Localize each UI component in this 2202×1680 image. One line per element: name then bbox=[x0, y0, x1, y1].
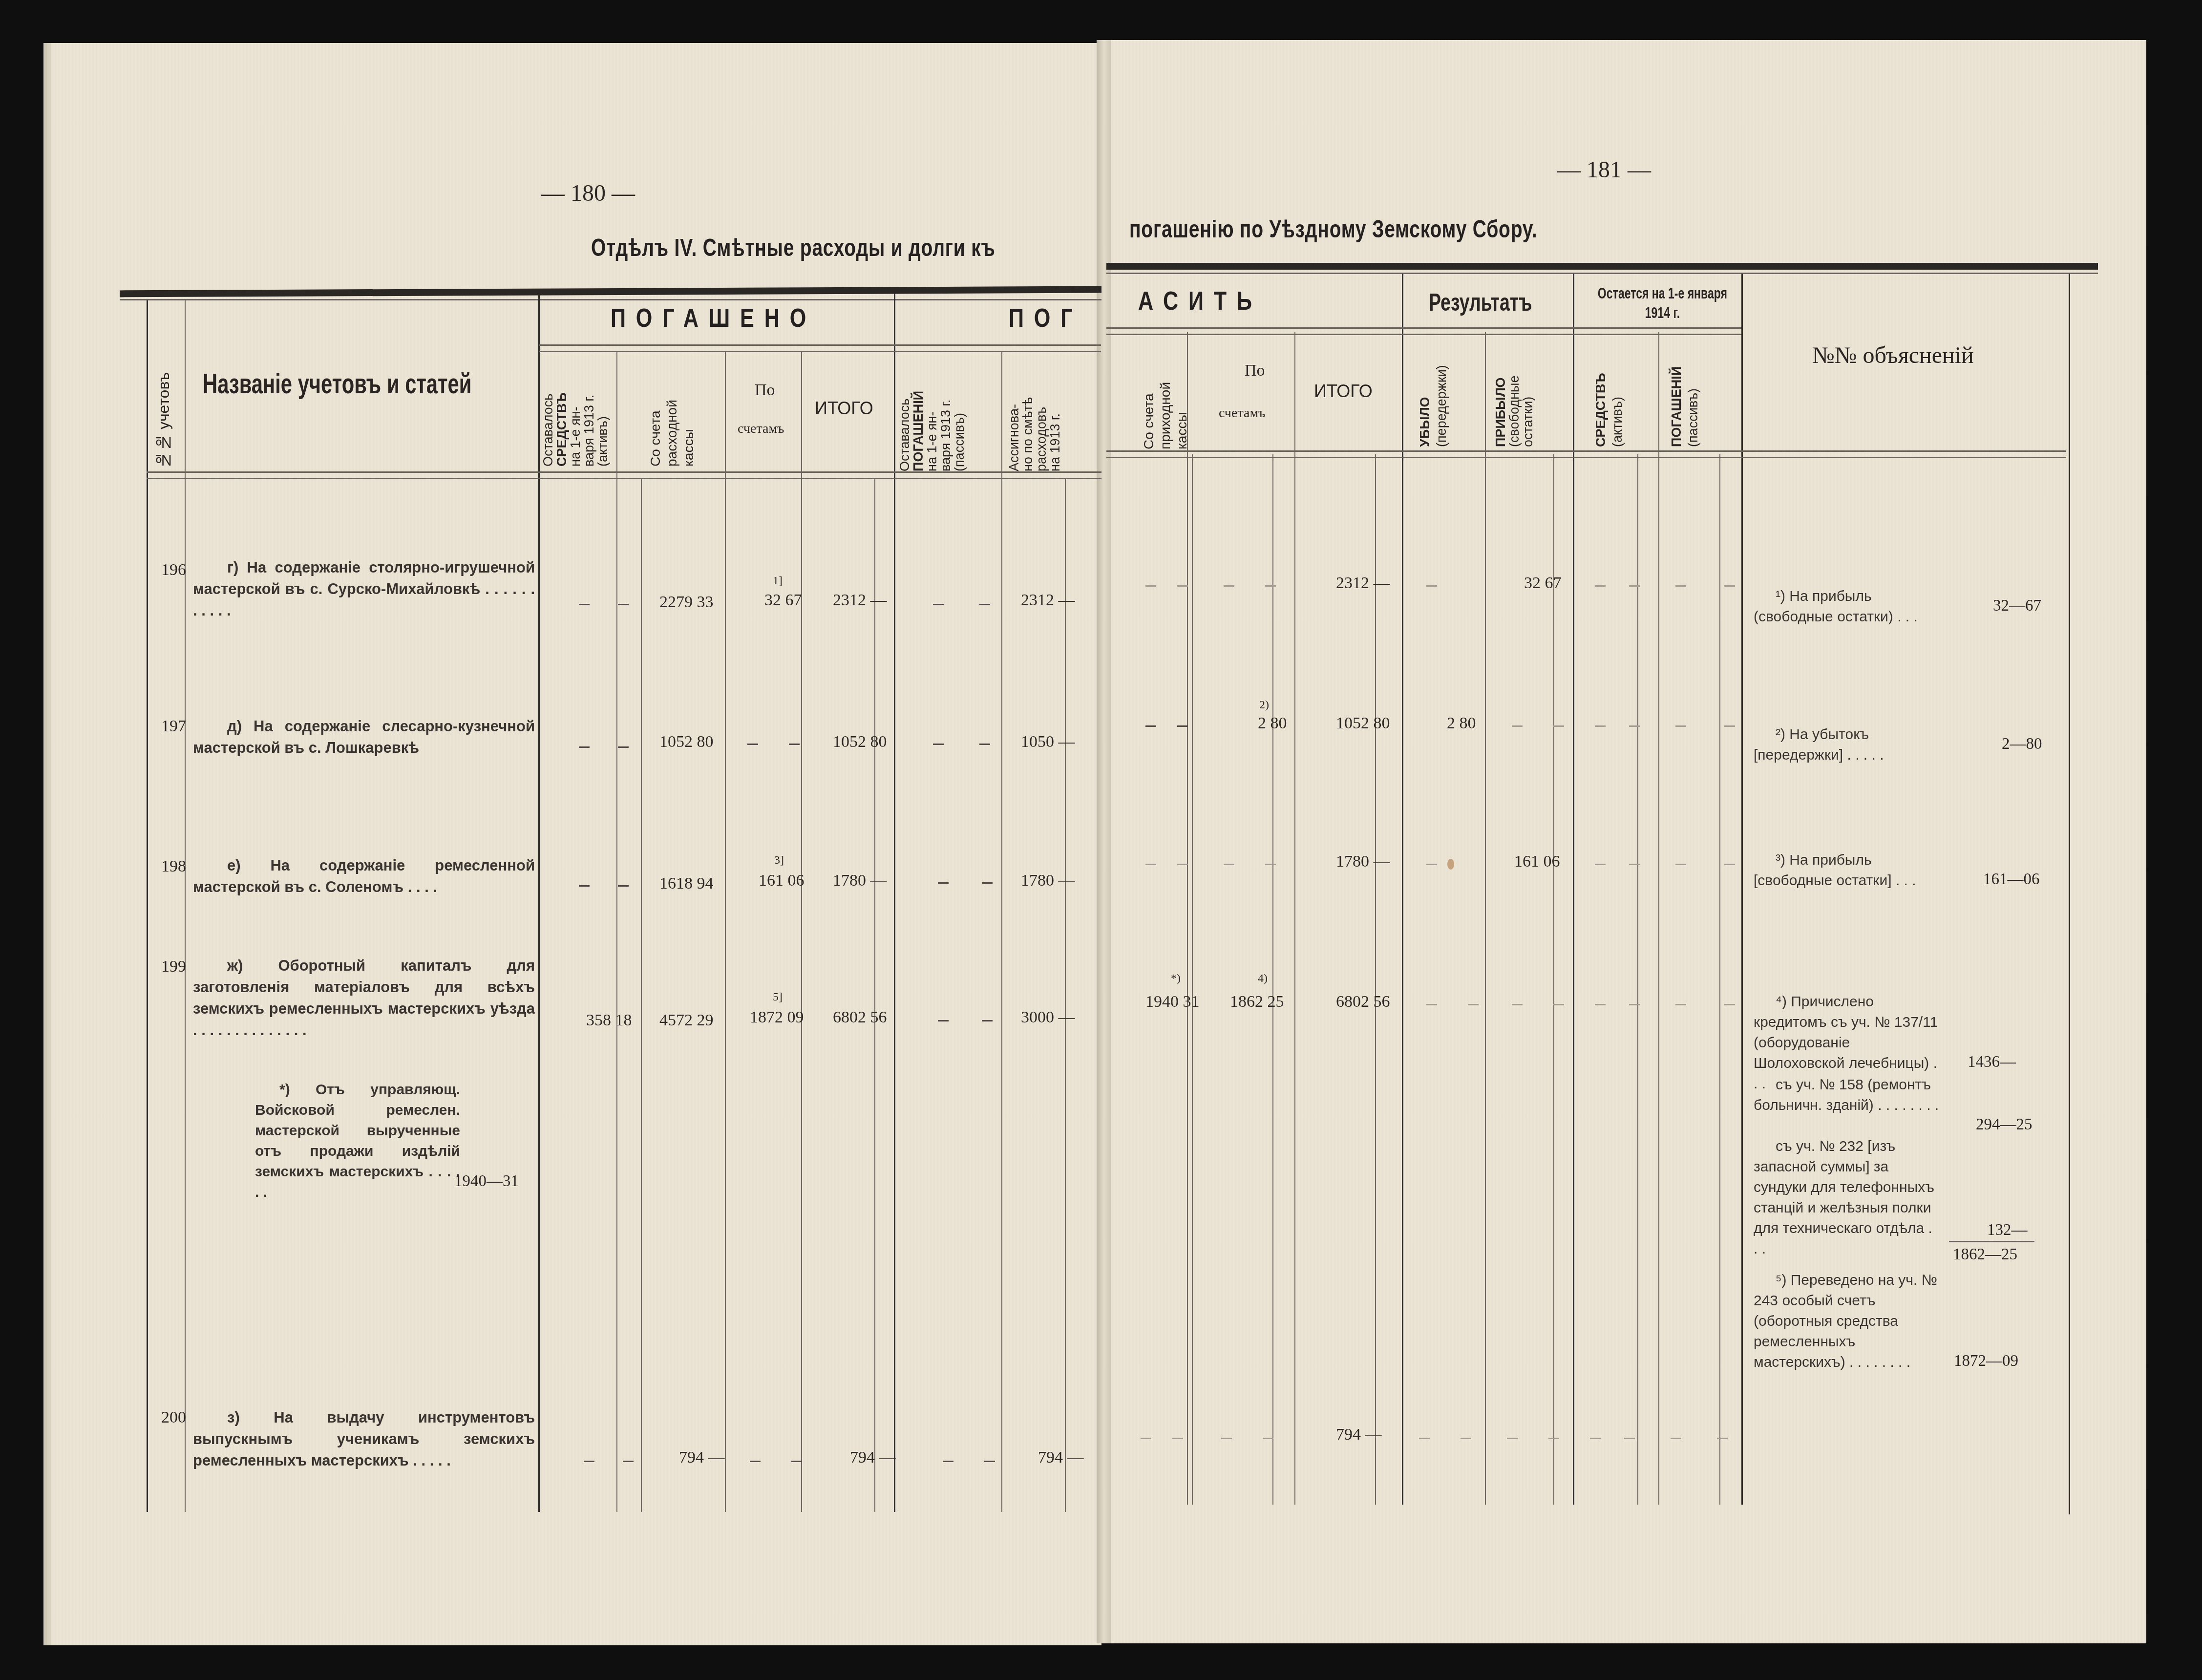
header-by-accounts-bottom: счетамъ bbox=[738, 421, 784, 437]
grid-line bbox=[1741, 274, 1743, 1505]
dash bbox=[1717, 1438, 1728, 1439]
row-197-assigned: 1050 — bbox=[1021, 733, 1075, 751]
row-196-from-income-cash bbox=[1224, 585, 1234, 587]
footnote-mark: 3] bbox=[774, 854, 784, 867]
row-196-total-paid: 2312 — bbox=[833, 591, 887, 610]
row-200-profit bbox=[1507, 1438, 1518, 1439]
row-199-by-accounts-right: 1862 25 bbox=[1230, 993, 1284, 1011]
header-total-right: ИТОГО bbox=[1314, 381, 1373, 402]
dash bbox=[623, 1461, 634, 1462]
row-199-remaining-assets: 358 18 bbox=[586, 1011, 632, 1030]
row-199-footnote-amount: 1940—31 bbox=[454, 1172, 519, 1191]
row-200-by-accounts-right bbox=[1221, 1438, 1232, 1439]
grid-line bbox=[725, 352, 726, 1512]
dash bbox=[979, 604, 990, 605]
row-197-rem-assets bbox=[1595, 725, 1606, 727]
row-200-from-income-cash bbox=[1172, 1438, 1183, 1439]
dash bbox=[618, 885, 629, 887]
dash bbox=[1265, 864, 1276, 865]
header-by-accounts-right-top: По bbox=[1245, 362, 1265, 380]
explanation-5-text: ⁵) Переведено на уч. № 243 особый счетъ … bbox=[1754, 1270, 1939, 1373]
group-header-pogasit-right: АСИТЬ bbox=[1138, 286, 1262, 316]
row-200-assigned: 794 — bbox=[1038, 1448, 1084, 1467]
dash bbox=[1548, 1438, 1559, 1439]
row-199-total-right: 6802 56 bbox=[1336, 993, 1390, 1011]
dash bbox=[1629, 725, 1640, 727]
grid-line bbox=[1294, 332, 1295, 1505]
dash bbox=[943, 1461, 953, 1462]
row-199-no: 199 bbox=[161, 957, 186, 976]
dash bbox=[982, 1020, 993, 1021]
explanation-5-amount: 1872—09 bbox=[1954, 1352, 2018, 1370]
row-197-total-paid: 1052 80 bbox=[833, 733, 887, 751]
row-196-from-expense-cash: 2279 33 bbox=[659, 593, 714, 612]
grid-line bbox=[1192, 454, 1193, 1505]
header-explanations: №№ объясненій bbox=[1812, 342, 1974, 369]
row-199-loss bbox=[1426, 1004, 1437, 1005]
sum-rule bbox=[1949, 1241, 2034, 1242]
dash bbox=[1724, 1004, 1735, 1005]
dash bbox=[1724, 725, 1735, 727]
row-200-total-right: 794 — bbox=[1336, 1425, 1382, 1444]
row-199-rem-debts bbox=[1675, 1004, 1686, 1005]
explanation-4b-amount: 294—25 bbox=[1976, 1116, 2033, 1134]
row-197-total-right: 1052 80 bbox=[1336, 714, 1390, 733]
grid-line bbox=[1637, 454, 1638, 1505]
row-197-rem-debts bbox=[1675, 725, 1686, 727]
dash bbox=[984, 1461, 995, 1462]
row-200-from-expense-cash: 794 — bbox=[679, 1448, 725, 1467]
row-199-assigned: 3000 — bbox=[1021, 1008, 1075, 1027]
row-196-loss bbox=[1426, 585, 1437, 587]
header-by-accounts-right-bottom: счетамъ bbox=[1219, 405, 1266, 421]
header-assigned: Ассигнова- но по смѣтѣ расходовъ на 1913… bbox=[1007, 352, 1062, 471]
header-account-no: №№ учетовъ bbox=[155, 342, 172, 469]
row-197-profit bbox=[1512, 725, 1523, 727]
explanation-4c-amount: 132— bbox=[1987, 1221, 2028, 1239]
dash bbox=[1624, 1438, 1635, 1439]
row-198-total-right: 1780 — bbox=[1336, 852, 1390, 871]
dash bbox=[938, 882, 949, 884]
dash bbox=[1553, 725, 1564, 727]
explanation-4-sum: 1862—25 bbox=[1953, 1246, 2017, 1264]
grid-line bbox=[801, 352, 802, 1512]
grid-line bbox=[185, 300, 186, 1512]
row-197-by-accounts-right: 2 80 bbox=[1258, 714, 1287, 733]
row-198-profit: 161 06 bbox=[1514, 852, 1560, 871]
row-198-no: 198 bbox=[161, 857, 186, 876]
dash bbox=[618, 746, 629, 748]
row-198-text: е) На содержаніе ремесленной мастерской … bbox=[193, 855, 535, 898]
group-header-remaining: Остается на 1-е января 1914 г. bbox=[1585, 283, 1740, 322]
row-197-from-expense-cash: 1052 80 bbox=[659, 733, 714, 751]
group-header-result: Результатъ bbox=[1429, 288, 1532, 317]
header-rem-debts: ПОГАШЕНІЙ (пассивъ) bbox=[1668, 337, 1701, 447]
dash bbox=[1461, 1438, 1471, 1439]
row-196-by-accounts: 32 67 bbox=[764, 591, 802, 610]
dash bbox=[1263, 1438, 1273, 1439]
grid-line bbox=[1553, 454, 1554, 1505]
row-199-rem-assets bbox=[1595, 1004, 1606, 1005]
dash bbox=[1468, 1004, 1479, 1005]
header-by-accounts-top: По bbox=[755, 381, 775, 400]
top-rule-right bbox=[1106, 263, 2098, 270]
dash bbox=[1177, 585, 1188, 587]
explanation-4b-text: съ уч. № 158 (ремонтъ больничн. зданій) … bbox=[1754, 1075, 1939, 1116]
row-196-total-right: 2312 — bbox=[1336, 574, 1390, 593]
row-198-by-accounts-right bbox=[1224, 864, 1234, 865]
dash bbox=[1629, 1004, 1640, 1005]
grid-line bbox=[1187, 332, 1188, 1505]
row-199-text: ж) Оборотный капиталъ для заготовленія м… bbox=[193, 955, 535, 1041]
row-200-rem-assets bbox=[1590, 1438, 1601, 1439]
row-197-by-accounts bbox=[747, 744, 758, 745]
dash bbox=[1145, 864, 1156, 865]
explanation-4-amount: 1436— bbox=[1968, 1053, 2016, 1071]
row-196-text: г) На содержаніе столярно-игрушечной мас… bbox=[193, 557, 535, 621]
dash bbox=[618, 604, 629, 605]
grid-line bbox=[641, 479, 642, 1512]
dash bbox=[579, 746, 590, 748]
page-title-left: Отдѣлъ IV. Смѣтные расходы и долги къ bbox=[591, 234, 995, 262]
dash bbox=[979, 744, 990, 745]
dash bbox=[1145, 725, 1156, 727]
row-196-profit: 32 67 bbox=[1524, 574, 1562, 593]
header-rem-assets: СРЕДСТВЪ (активъ) bbox=[1592, 337, 1626, 447]
grid-line bbox=[1375, 454, 1376, 1505]
row-200-rem-debts bbox=[1671, 1438, 1681, 1439]
dash bbox=[579, 885, 590, 887]
header-divider bbox=[1106, 450, 2066, 458]
dash bbox=[1141, 1438, 1151, 1439]
header-remaining-debts: Оставалось ПОГАШЕНІЙ на 1-е ян- варя 191… bbox=[898, 352, 966, 471]
row-198-from-income-cash bbox=[1177, 864, 1188, 865]
grid-line bbox=[874, 479, 875, 1512]
grid-line bbox=[1001, 352, 1002, 1512]
left-page bbox=[51, 43, 1101, 1645]
grid-line bbox=[147, 300, 148, 1512]
explanation-1-amount: 32—67 bbox=[1993, 597, 2041, 615]
right-page bbox=[1105, 40, 2146, 1643]
grid-line bbox=[1573, 274, 1574, 1505]
row-198-rem-assets bbox=[1595, 864, 1606, 865]
row-199-profit bbox=[1512, 1004, 1523, 1005]
header-name: Названіе учетовъ и статей bbox=[203, 367, 471, 400]
row-196-rem-assets bbox=[1595, 585, 1606, 587]
footnote-mark: 2) bbox=[1259, 699, 1269, 712]
row-198-by-accounts: 161 06 bbox=[759, 872, 805, 890]
dash bbox=[938, 1020, 949, 1021]
explanation-3-text: ³) На прибыль [свободные остатки] . . . bbox=[1754, 850, 1939, 891]
top-rule-right-thin bbox=[1106, 273, 2098, 274]
row-197-loss: 2 80 bbox=[1447, 714, 1476, 733]
dash bbox=[579, 604, 590, 605]
dash bbox=[933, 604, 944, 605]
header-divider bbox=[147, 471, 1101, 479]
grid-line bbox=[1272, 454, 1273, 1505]
row-200-by-accounts bbox=[750, 1461, 761, 1462]
header-remaining-assets: Оставалось СРЕДСТВЪ на 1-е ян- варя 1913… bbox=[541, 352, 610, 467]
page-number-left: — 180 — bbox=[541, 180, 635, 207]
dash bbox=[1629, 585, 1640, 587]
header-total-paid: ИТОГО bbox=[815, 398, 873, 419]
dash bbox=[1553, 1004, 1564, 1005]
row-196-assigned: 2312 — bbox=[1021, 591, 1075, 610]
header-loss: УБЫЛО (передержки) bbox=[1417, 337, 1450, 447]
footnote-mark: 5] bbox=[773, 991, 783, 1004]
grid-line bbox=[1485, 332, 1486, 1505]
dash bbox=[1724, 585, 1735, 587]
dash bbox=[982, 882, 993, 884]
row-199-from-income-cash: 1940 31 bbox=[1145, 993, 1200, 1011]
explanation-3-amount: 161—06 bbox=[1983, 871, 2040, 889]
row-199-from-expense-cash: 4572 29 bbox=[659, 1011, 714, 1030]
row-196-no: 196 bbox=[161, 561, 186, 579]
explanation-2-text: ²) На убытокъ [передержки] . . . . . bbox=[1754, 724, 1939, 766]
row-198-total-paid: 1780 — bbox=[833, 872, 887, 890]
page-number-right: — 181 — bbox=[1557, 156, 1651, 183]
row-197-no: 197 bbox=[161, 717, 186, 736]
grid-line bbox=[1402, 274, 1403, 1505]
group-header-pogasheno: ПОГАШЕНО bbox=[611, 303, 816, 333]
grid-line bbox=[1658, 332, 1659, 1505]
row-197-text: д) На содержаніе слесарно-кузнечной маст… bbox=[193, 716, 535, 759]
page-title-right: погашенію по Уѣздному Земскому Сбору. bbox=[1129, 215, 1537, 243]
row-198-loss bbox=[1426, 864, 1437, 865]
dash bbox=[1724, 864, 1735, 865]
grid-line bbox=[2069, 274, 2070, 1514]
row-200-total-paid: 794 — bbox=[850, 1448, 896, 1467]
row-200-no: 200 bbox=[161, 1408, 186, 1427]
row-198-from-expense-cash: 1618 94 bbox=[659, 874, 714, 893]
grid-line bbox=[1065, 479, 1066, 1512]
footnote-mark: *) bbox=[1171, 972, 1181, 985]
footnote-mark: 1] bbox=[773, 574, 783, 588]
row-196-rem-debts bbox=[1675, 585, 1686, 587]
dash bbox=[1145, 585, 1156, 587]
row-197-from-income-cash bbox=[1177, 725, 1188, 727]
explanation-4c-text: съ уч. № 232 [изъ запасной суммы] за сун… bbox=[1754, 1136, 1939, 1259]
header-divider bbox=[539, 344, 1101, 352]
header-profit: ПРИБЫЛО (свободные остатки) bbox=[1494, 337, 1535, 447]
row-196-by-accounts-right bbox=[1265, 585, 1276, 587]
row-198-rem-debts bbox=[1675, 864, 1686, 865]
footnote-mark: 4) bbox=[1258, 972, 1268, 985]
grid-line bbox=[1719, 454, 1720, 1505]
grid-line bbox=[616, 352, 617, 1512]
group-header-pogasit-left: ПОГ bbox=[1009, 303, 1083, 333]
row-199-footnote-text: *) Отъ управляющ. Войсковой ремеслен. ма… bbox=[255, 1080, 460, 1203]
dash bbox=[791, 1461, 802, 1462]
header-from-expense-cash: Со счета расходной кассы bbox=[647, 357, 697, 467]
dash bbox=[933, 744, 944, 745]
explanation-1-text: ¹) На прибыль (свободные остатки) . . . bbox=[1754, 586, 1939, 627]
explanation-2-amount: 2—80 bbox=[2002, 735, 2042, 753]
dash bbox=[584, 1461, 594, 1462]
dash bbox=[1629, 864, 1640, 865]
header-from-income-cash: Со счета приходной кассы bbox=[1141, 352, 1190, 449]
book-gutter bbox=[1097, 40, 1111, 1643]
row-200-text: з) На выдачу инструментовъ выпускнымъ уч… bbox=[193, 1407, 535, 1471]
dash bbox=[789, 744, 800, 745]
row-199-total-paid: 6802 56 bbox=[833, 1008, 887, 1027]
top-rule-left-thin bbox=[120, 299, 1101, 300]
row-198-assigned: 1780 — bbox=[1021, 872, 1075, 890]
row-200-loss bbox=[1419, 1438, 1430, 1439]
row-199-by-accounts: 1872 09 bbox=[750, 1008, 804, 1027]
paper-stain bbox=[1447, 859, 1454, 870]
header-divider bbox=[1106, 327, 1741, 335]
